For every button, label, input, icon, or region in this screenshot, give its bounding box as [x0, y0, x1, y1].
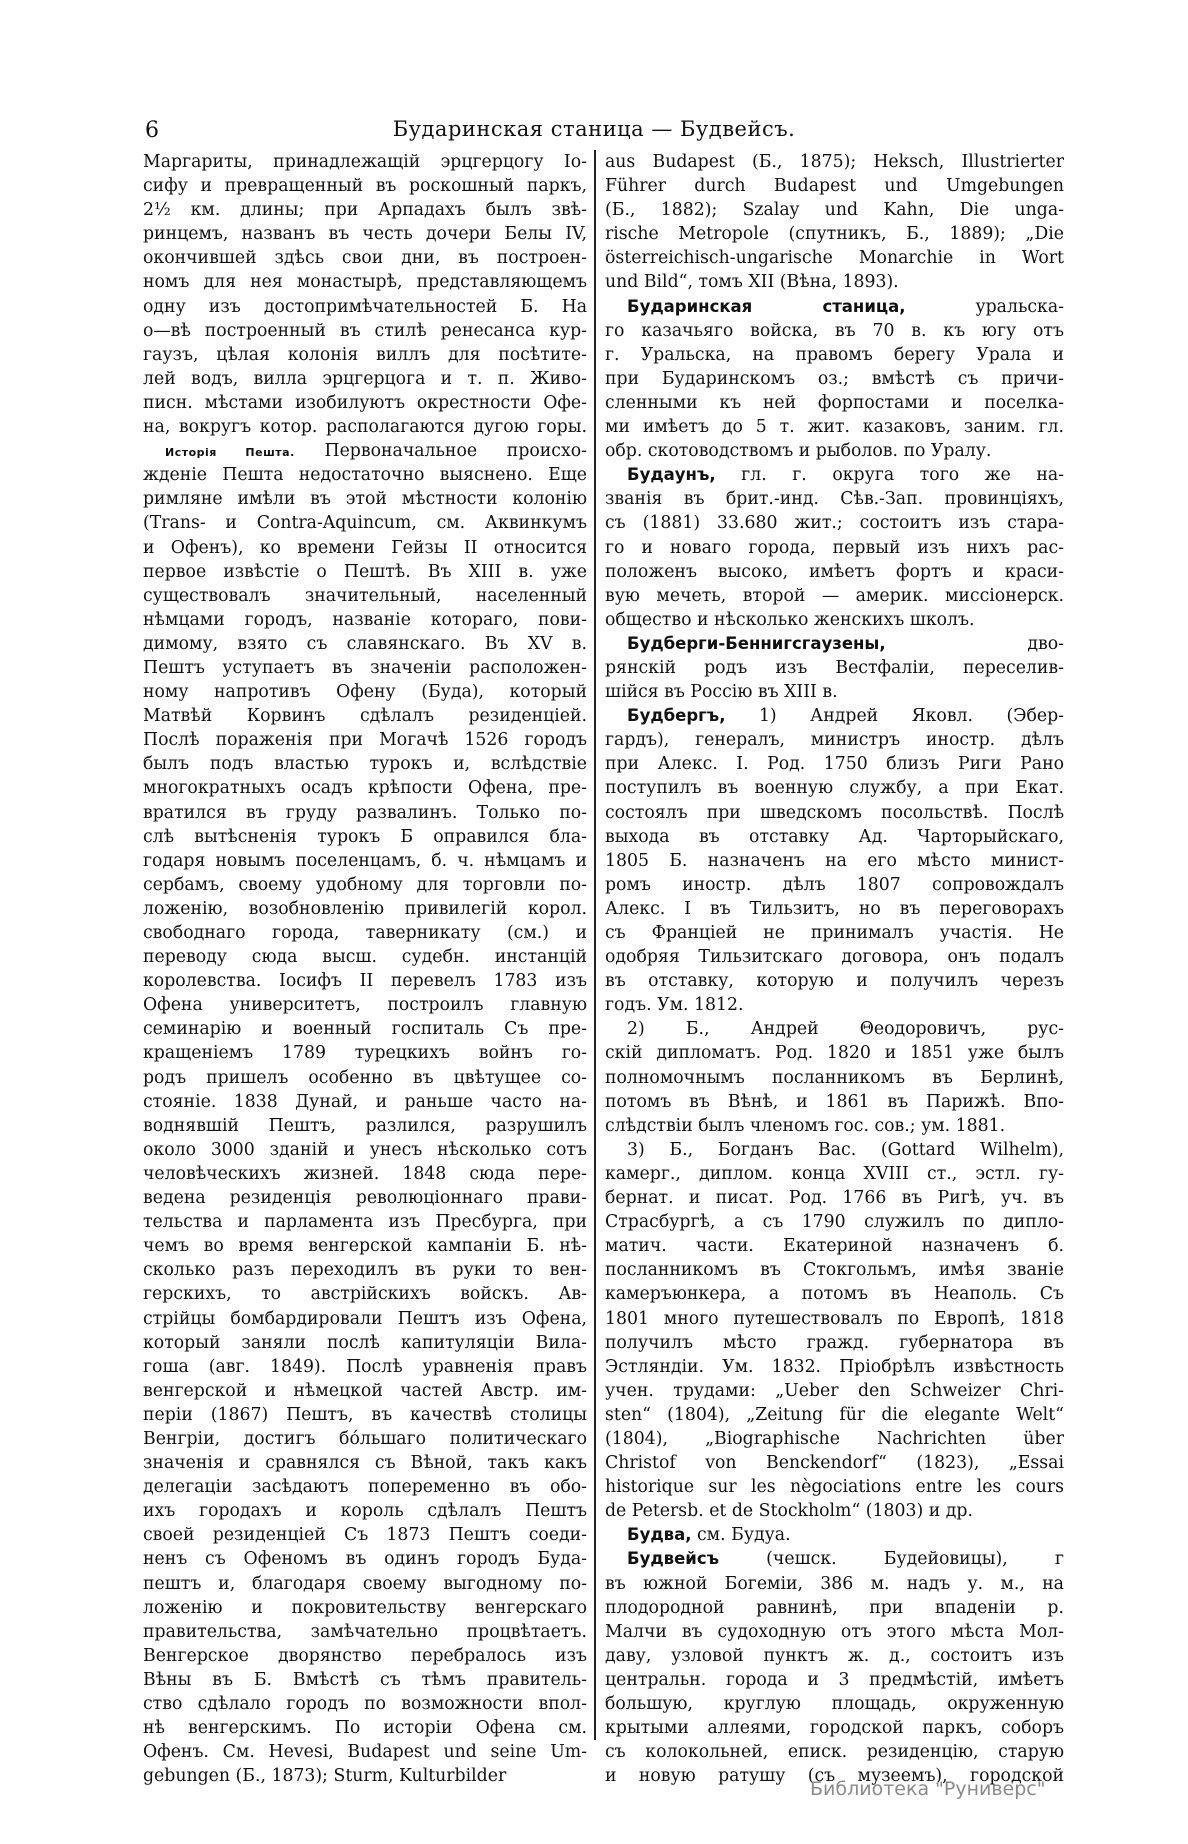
watermark: Библиотека "Руниверс": [810, 1778, 1045, 1800]
text-line: лей водъ, вилла эрцгерцога и т. п. Живо-: [143, 367, 587, 391]
text-line: Будбергъ, 1) Андрей Яковл. (Эбер-: [605, 704, 1064, 728]
text-line: Страсбургѣ, а съ 1790 служилъ по дипло-: [605, 1210, 1064, 1234]
text-line: ложенію, возобновленію привилегій корол.: [143, 897, 587, 921]
text-line: человѣческихъ жизней. 1848 сюда пере-: [143, 1162, 587, 1186]
text-line: родъ пришелъ особенно въ цвѣтущее со-: [143, 1066, 587, 1090]
text-line: при Алекс. I. Род. 1750 близъ Риги Рано: [605, 752, 1064, 776]
text-line: Эстляндіи. Ум. 1832. Пріобрѣлъ извѣстнос…: [605, 1355, 1064, 1379]
text-line: поступилъ въ военную службу, а при Екат.: [605, 776, 1064, 800]
headword: Бударинская станица,: [627, 297, 906, 316]
text-line: sten“ (1804), „Zeitung für die elegante …: [605, 1403, 1064, 1427]
headword: Будбергъ,: [627, 706, 725, 725]
text-line: Будвейсъ (чешск. Будейовицы), г: [605, 1547, 1064, 1571]
text-line: званія въ брит.-инд. Сѣв.-Зап. провинція…: [605, 487, 1064, 511]
text-line: ведена резиденція революціоннаго прави-: [143, 1186, 587, 1210]
text-line: österreichisch-ungarische Monarchie in W…: [605, 246, 1064, 270]
text-line: значенія и сравнялся съ Вѣной, такъ какъ: [143, 1451, 587, 1475]
text-line: und Bild“, томъ XII (Вѣна, 1893).: [605, 270, 1064, 294]
text-line: большую, круглую площадь, окруженную: [605, 1692, 1064, 1716]
text-line: стрійцы бомбардировали Пештъ изъ Офена,: [143, 1307, 587, 1331]
text-line: димому, взято съ славянскаго. Въ XV в.: [143, 632, 587, 656]
text-line: сколько разъ переходилъ въ руки то вен-: [143, 1258, 587, 1282]
text-line: правительства, замѣчательно процвѣтаетъ.: [143, 1620, 587, 1644]
text-line: былъ подъ властью турокъ и, вслѣдствіе: [143, 752, 587, 776]
text-line: переводу сюда высш. судебн. инстанцій: [143, 945, 587, 969]
text-line: сленными къ ней форпостами и поселка-: [605, 391, 1064, 415]
text-line: тельства и парламента изъ Пресбурга, при: [143, 1210, 587, 1234]
text-line: при Бударинскомъ оз.; вмѣстѣ съ причи-: [605, 367, 1064, 391]
text-line: стояніе. 1838 Дунай, и раньше часто на-: [143, 1090, 587, 1114]
right-column: aus Budapest (Б., 1875); Heksch, Illustr…: [605, 150, 1064, 1788]
text-line: шійся въ Россію въ XIII в.: [605, 680, 1064, 704]
text-line: пештъ и, благодаря своему выгодному по-: [143, 1572, 587, 1596]
text-line: 2) Б., Андрей Θеодоровичъ, рус-: [605, 1017, 1064, 1041]
text-line: состоялъ при шведскомъ посольствѣ. Послѣ: [605, 801, 1064, 825]
text-line: и Офенъ), ко времени Гейзы II относится: [143, 536, 587, 560]
text-line: ложенію и покровительству венгерскаго: [143, 1596, 587, 1620]
text-line: получилъ мѣсто гражд. губернатора въ: [605, 1331, 1064, 1355]
headword: Будвейсъ: [627, 1549, 719, 1568]
text-line: съ колокольней, еписк. резиденцію, стару…: [605, 1740, 1064, 1764]
text-line: матич. части. Екатериной назначенъ б.: [605, 1234, 1064, 1258]
text-line: Маргариты, принадлежащій эрцгерцогу Іо-: [143, 150, 587, 174]
text-line: rische Metropole (спутникъ, Б., 1889); „…: [605, 222, 1064, 246]
text-line: одобряя Тильзитскаго договора, онъ подал…: [605, 945, 1064, 969]
text-line: Бударинская станица, уральска-: [605, 295, 1064, 319]
text-line: 1805 Б. назначенъ на его мѣсто минист-: [605, 849, 1064, 873]
text-line: плодородной равнинѣ, при впаденіи р.: [605, 1596, 1064, 1620]
text-line: г. Уральска, на правомъ берегу Урала и: [605, 343, 1064, 367]
text-line: полномочнымъ посланникомъ въ Берлинѣ,: [605, 1066, 1064, 1090]
text-line: вую мечеть, второй — америк. миссіонерск…: [605, 584, 1064, 608]
text-line: нѣмцами городъ, названіе котораго, пови-: [143, 608, 587, 632]
text-line: гоша (авг. 1849). Послѣ уравненія правъ: [143, 1355, 587, 1379]
text-line: воднявшій Пештъ, разлился, разрушилъ: [143, 1114, 587, 1138]
text-line: ненъ съ Офеномъ въ одинъ городъ Буда-: [143, 1547, 587, 1571]
text-line: (Б., 1882); Szalay und Kahn, Die unga-: [605, 198, 1064, 222]
text-line: рянскій родъ изъ Вестфаліи, переселив-: [605, 656, 1064, 680]
text-line: го казачьяго войска, въ 70 в. къ югу отъ: [605, 319, 1064, 343]
text-line: 2½ км. длины; при Арпадахъ былъ звѣ-: [143, 198, 587, 222]
text-line: даву, узловой пунктъ ж. д., состоитъ изъ: [605, 1644, 1064, 1668]
text-line: Послѣ пораженія при Могачѣ 1526 городъ: [143, 728, 587, 752]
text-line: 1801 много путешествовалъ по Европѣ, 181…: [605, 1307, 1064, 1331]
text-line: Пештъ уступаетъ въ значеніи расположен-: [143, 656, 587, 680]
text-line: ринцемъ, названъ въ честь дочери Белы IV…: [143, 222, 587, 246]
text-line: Исторія Пешта. Первоначальное происхо-: [143, 439, 587, 463]
text-line: gebungen (Б., 1873); Sturm, Kulturbilder: [143, 1764, 587, 1788]
text-line: годаря новымъ поселенцамъ, б. ч. нѣмцамъ…: [143, 849, 587, 873]
text-line: сифу и превращенный въ роскошный паркъ,: [143, 174, 587, 198]
text-line: бернат. и писат. Род. 1766 въ Ригѣ, уч. …: [605, 1186, 1064, 1210]
headword: Будаунъ,: [627, 465, 716, 484]
text-line: римляне имѣли въ этой мѣстности колонію: [143, 487, 587, 511]
text-line: ство сдѣлало городъ по возможности впол-: [143, 1692, 587, 1716]
text-line: учен. трудами: „Ueber den Schweizer Chri…: [605, 1379, 1064, 1403]
text-line: номъ для нея монастырѣ, представляющемъ: [143, 270, 587, 294]
text-line: слѣ вытѣсненія турокъ Б оправился бла-: [143, 825, 587, 849]
text-line: Офена университетъ, построилъ главную: [143, 993, 587, 1017]
text-line: существовалъ значительный, населенный: [143, 584, 587, 608]
text-line: ному напротивъ Офену (Буда), который: [143, 680, 587, 704]
text-line: годъ. Ум. 1812.: [605, 993, 1064, 1017]
text-line: Будберги-Беннигсгаузены, дво-: [605, 632, 1064, 656]
text-line: (1804), „Biographische Nachrichten über: [605, 1427, 1064, 1451]
text-line: Будва, см. Будуа.: [605, 1523, 1064, 1547]
text-line: ми имѣетъ до 5 т. жит. казаковъ, заним. …: [605, 415, 1064, 439]
left-column: Маргариты, принадлежащій эрцгерцогу Іо-с…: [143, 150, 587, 1788]
text-line: вратился въ груду развалинъ. Только по-: [143, 801, 587, 825]
text-line: общество и нѣсколько женскихъ школъ.: [605, 608, 1064, 632]
text-line: который заняли послѣ капитуляціи Вила-: [143, 1331, 587, 1355]
text-line: писн. мѣстами изобилуютъ окрестности Офе…: [143, 391, 587, 415]
text-line: крытыми аллеями, городской паркъ, соборъ: [605, 1716, 1064, 1740]
text-line: Алекс. I въ Тильзитъ, но въ переговорахъ: [605, 897, 1064, 921]
text-line: многократныхъ осадъ крѣпости Офена, пре-: [143, 776, 587, 800]
text-line: потомъ въ Вѣнѣ, и 1861 въ Парижѣ. Впо-: [605, 1090, 1064, 1114]
text-line: гаузъ, цѣлая колонія виллъ для посѣтите-: [143, 343, 587, 367]
text-line: семинарію и военный госпиталь Съ пре-: [143, 1017, 587, 1041]
text-line: de Petersb. et de Stockholm“ (1803) и др…: [605, 1499, 1064, 1523]
column-divider: [594, 150, 596, 1740]
text-line: венгерской и нѣмецкой частей Австр. им-: [143, 1379, 587, 1403]
text-line: выхода въ отставку Ад. Чарторыйскаго,: [605, 825, 1064, 849]
text-line: 3) Б., Богданъ Вас. (Gottard Wilhelm),: [605, 1138, 1064, 1162]
text-line: Венгерское дворянство перебралось изъ: [143, 1644, 587, 1668]
text-line: съ (1881) 33.680 жит.; состоитъ изъ стар…: [605, 511, 1064, 535]
text-line: Малчи въ судоходную отъ этого мѣста Мол-: [605, 1620, 1064, 1644]
text-line: Christof von Benckendorf“ (1823), „Essai: [605, 1451, 1064, 1475]
text-line: свободнаго города, таверникату (см.) и: [143, 921, 587, 945]
text-line: Офенъ. См. Hevesi, Budapest und seine Um…: [143, 1740, 587, 1764]
text-line: камерг., диплом. конца XVIII ст., эстл. …: [605, 1162, 1064, 1186]
text-line: жденіе Пешта недостаточно выяснено. Еще: [143, 463, 587, 487]
text-line: сербамъ, своему удобному для торговли по…: [143, 873, 587, 897]
text-line: съ Франціей не принималъ участія. Не: [605, 921, 1064, 945]
text-line: Вѣны въ Б. Вмѣстѣ съ тѣмъ правитель-: [143, 1668, 587, 1692]
text-line: посланникомъ въ Стокгольмъ, имѣя званіе: [605, 1258, 1064, 1282]
text-line: окончившей здѣсь свои дни, въ построен-: [143, 246, 587, 270]
text-line: одну изъ достопримѣчательностей Б. На: [143, 295, 587, 319]
text-line: чемъ во время венгерской кампаніи Б. нѣ-: [143, 1234, 587, 1258]
text-line: го и новаго города, первый изъ нихъ рас-: [605, 536, 1064, 560]
text-line: делегаціи засѣдаютъ попеременно въ обо-: [143, 1475, 587, 1499]
text-line: historique sur les nègociations entre le…: [605, 1475, 1064, 1499]
text-line: гардъ), генералъ, министръ иностр. дѣлъ: [605, 728, 1064, 752]
text-line: (Trans- и Contra-Aquincum, см. Аквинкумъ: [143, 511, 587, 535]
text-line: Будаунъ, гл. г. округа того же на-: [605, 463, 1064, 487]
text-line: періи (1867) Пештъ, въ качествѣ столицы: [143, 1403, 587, 1427]
text-line: Führer durch Budapest und Umgebungen: [605, 174, 1064, 198]
text-line: скій дипломатъ. Род. 1820 и 1851 уже был…: [605, 1041, 1064, 1065]
text-line: камеръюнкера, а потомъ въ Неаполь. Съ: [605, 1282, 1064, 1306]
text-line: около 3000 зданій и унесъ нѣсколько сотъ: [143, 1138, 587, 1162]
text-line: центральн. города и 3 предмѣстій, имѣетъ: [605, 1668, 1064, 1692]
text-line: въ южной Богеміи, 386 м. надъ у. м., на: [605, 1572, 1064, 1596]
text-line: обр. скотоводствомъ и рыболов. по Уралу.: [605, 439, 1064, 463]
text-line: нѣ венгерскимъ. По исторіи Офена см.: [143, 1716, 587, 1740]
text-line: первое извѣстіе о Пештѣ. Въ XIII в. уже: [143, 560, 587, 584]
running-head: Бударинская станица — Будвейсъ.: [0, 117, 1188, 141]
text-line: aus Budapest (Б., 1875); Heksch, Illustr…: [605, 150, 1064, 174]
text-line: ихъ городахъ и король сдѣлалъ Пештъ: [143, 1499, 587, 1523]
text-line: о—вѣ построенный въ стилѣ ренесанса кур-: [143, 319, 587, 343]
text-line: положенъ высоко, имѣетъ фортъ и краси-: [605, 560, 1064, 584]
text-line: Венгріи, достигъ бо́льшаго политическаго: [143, 1427, 587, 1451]
text-line: королевства. Іосифъ II перевелъ 1783 изъ: [143, 969, 587, 993]
headword: Исторія Пешта.: [165, 446, 295, 459]
text-line: слѣдствіи былъ членомъ гос. сов.; ум. 18…: [605, 1114, 1064, 1138]
headword: Будва,: [627, 1525, 692, 1544]
text-line: на, вокругъ котор. располагаются дугою г…: [143, 415, 587, 439]
text-line: Матвѣй Корвинъ сдѣлалъ резиденціей.: [143, 704, 587, 728]
text-line: въ отставку, которую и получилъ черезъ: [605, 969, 1064, 993]
text-line: герскихъ, то австрійскихъ войскъ. Ав-: [143, 1282, 587, 1306]
headword: Будберги-Беннигсгаузены,: [627, 634, 886, 653]
text-line: своей резиденціей Съ 1873 Пештъ соеди-: [143, 1523, 587, 1547]
text-line: ромъ иностр. дѣлъ 1807 сопровождалъ: [605, 873, 1064, 897]
text-line: кращеніемъ 1789 турецкихъ войнъ го-: [143, 1041, 587, 1065]
